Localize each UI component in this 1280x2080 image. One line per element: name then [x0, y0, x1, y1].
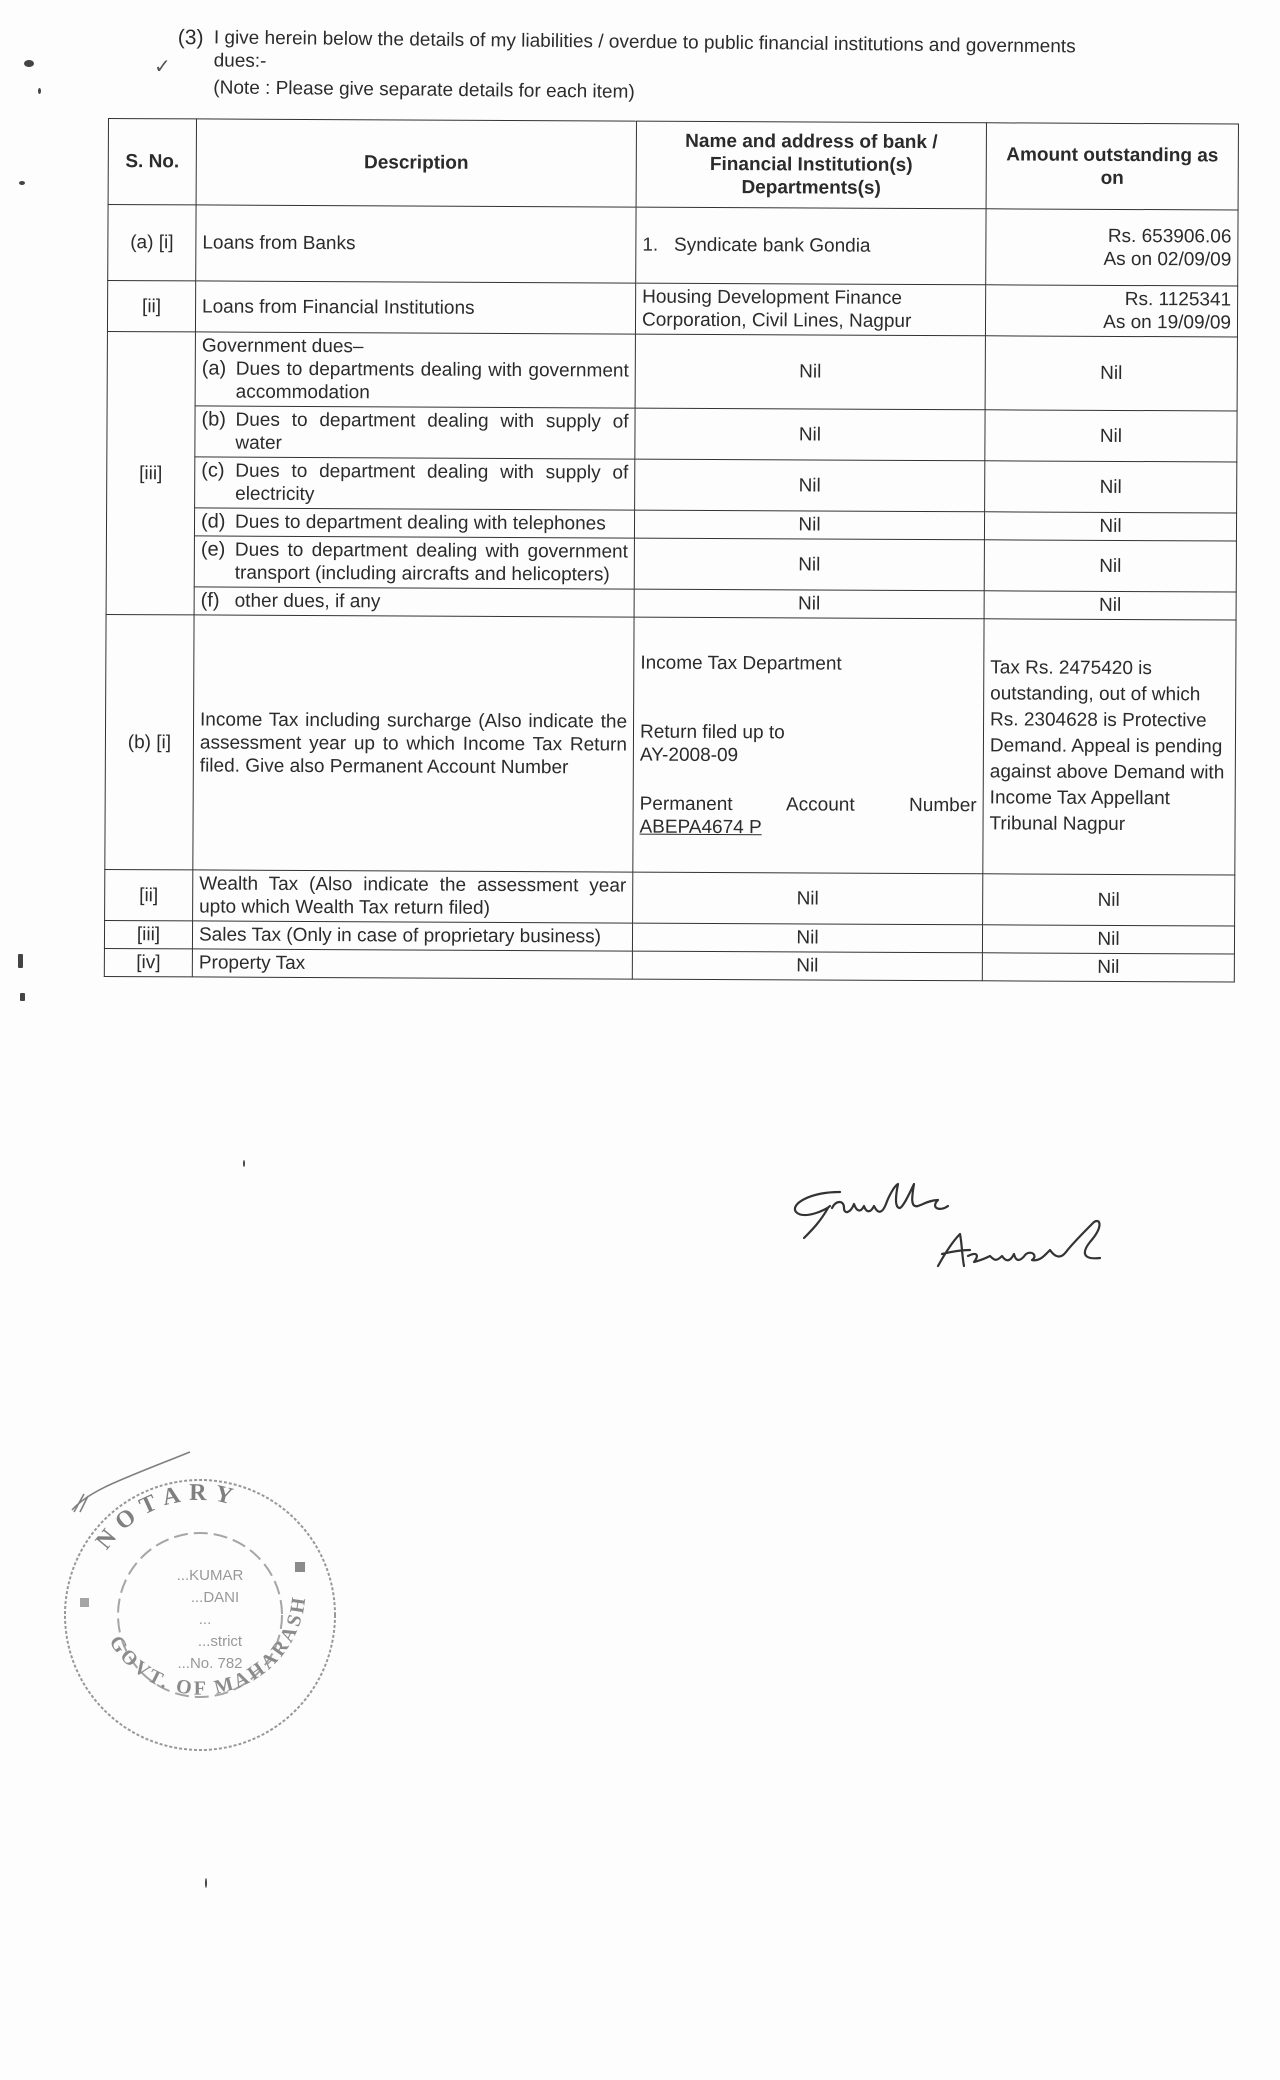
row-institution: Nil: [634, 589, 984, 619]
notary-stamp: NOTARY GOVT. OF MAHARASHTRA ...KUMAR ...…: [50, 1450, 350, 1760]
header-institution: Name and address of bank / Financial Ins…: [636, 121, 986, 209]
sub-item-text: Dues to department dealing with telephon…: [235, 511, 628, 536]
section-number: (3): [178, 26, 204, 49]
sub-item-label: (b): [201, 408, 235, 454]
institution-name: Income Tax Department: [640, 651, 977, 676]
return-filed-label: Return filed up to: [640, 720, 977, 745]
pan-value: ABEPA4674 P: [639, 815, 976, 840]
sub-item-text: Dues to department dealing with supply o…: [235, 460, 628, 508]
row-sno: [iii]: [106, 331, 195, 614]
sub-item-text: Dues to department dealing with governme…: [235, 539, 628, 587]
notary-seal-icon: NOTARY GOVT. OF MAHARASHTRA ...KUMAR ...…: [50, 1450, 350, 1760]
amount-value: Rs. 653906.06: [992, 224, 1231, 248]
table-row: (b) [i] Income Tax including surcharge (…: [105, 614, 1236, 875]
row-institution: Nil: [635, 459, 985, 512]
row-description: Income Tax including surcharge (Also ind…: [193, 615, 634, 872]
return-filed-value: AY-2008-09: [640, 743, 977, 768]
row-institution: Nil: [633, 872, 983, 925]
table-row: (b) Dues to department dealing with supp…: [107, 405, 1237, 462]
liabilities-table-wrapper: S. No. Description Name and address of b…: [104, 118, 1238, 983]
stamp-inner-line: ...KUMAR: [177, 1567, 244, 1584]
stamp-top-text: NOTARY: [91, 1480, 243, 1555]
row-institution: Nil: [632, 923, 982, 953]
govt-sub-item: (b) Dues to department dealing with supp…: [201, 408, 628, 456]
row-amount: Nil: [985, 410, 1237, 462]
intro-paragraph: (3) I give herein below the details of m…: [177, 26, 1238, 110]
amount-value: Rs. 1125341: [992, 287, 1231, 311]
table-header-row: S. No. Description Name and address of b…: [108, 119, 1238, 211]
stamp-inner-line: ...DANI: [191, 1589, 239, 1606]
row-amount: Nil: [984, 591, 1236, 620]
sub-item-label: (e): [201, 538, 235, 584]
amount-as-on: As on 19/09/09: [992, 310, 1231, 334]
sub-item-label: (f): [201, 589, 235, 612]
row-sno: [iv]: [104, 948, 192, 976]
govt-sub-item: (d) Dues to department dealing with tele…: [201, 510, 628, 535]
sub-item-text: other dues, if any: [235, 590, 628, 615]
amount-as-on: As on 02/09/09: [992, 247, 1231, 271]
row-description: (f) other dues, if any: [194, 587, 634, 617]
row-amount: Nil: [984, 540, 1236, 592]
row-institution: Nil: [635, 334, 985, 410]
scanned-page: ✓ (3) I give herein below the details of…: [0, 0, 1280, 2080]
header-sno: S. No.: [108, 119, 196, 205]
stamp-inner-line: ...No. 782: [177, 1655, 242, 1672]
govt-sub-item: (f) other dues, if any: [201, 589, 628, 614]
row-amount: Nil: [982, 953, 1234, 982]
pan-label: Permanent Account Number: [640, 792, 977, 817]
row-amount: Nil: [985, 461, 1237, 513]
row-description: (e) Dues to department dealing with gove…: [194, 536, 634, 589]
row-description: Government dues– (a) Dues to departments…: [195, 332, 635, 408]
sub-item-label: (d): [201, 510, 235, 533]
sub-item-text: Dues to department dealing with supply o…: [235, 409, 628, 457]
table-row: [ii] Loans from Financial Institutions H…: [107, 281, 1237, 338]
table-row: [iii] Government dues– (a) Dues to depar…: [107, 331, 1237, 411]
row-description: Wealth Tax (Also indicate the assessment…: [193, 870, 633, 923]
govt-sub-item: (a) Dues to departments dealing with gov…: [202, 357, 629, 405]
sub-item-text: Dues to departments dealing with governm…: [236, 358, 629, 406]
svg-text:NOTARY: NOTARY: [91, 1480, 243, 1555]
row-description: Sales Tax (Only in case of proprietary b…: [192, 921, 632, 951]
table-row: [ii] Wealth Tax (Also indicate the asses…: [105, 869, 1235, 926]
row-sno: [iii]: [104, 920, 192, 948]
table-row: [iv] Property Tax Nil Nil: [104, 948, 1234, 982]
row-sno: (a) [i]: [108, 205, 196, 281]
row-institution: Nil: [634, 510, 984, 540]
signature: [770, 1170, 1170, 1300]
row-amount: Nil: [982, 925, 1234, 954]
row-description: Loans from Banks: [196, 205, 636, 283]
row-institution: Nil: [632, 951, 982, 981]
row-institution: Nil: [634, 538, 984, 591]
row-description: (b) Dues to department dealing with supp…: [195, 406, 635, 459]
row-description: (c) Dues to department dealing with supp…: [195, 457, 635, 510]
row-institution: 1. Syndicate bank Gondia: [636, 207, 986, 285]
govt-dues-heading: Government dues–: [202, 334, 629, 359]
row-sno: [ii]: [107, 281, 195, 332]
liabilities-table: S. No. Description Name and address of b…: [104, 118, 1239, 983]
stamp-inner-line: ...strict: [198, 1633, 243, 1650]
signature-strokes-icon: [770, 1170, 1170, 1300]
row-description: (d) Dues to department dealing with tele…: [194, 508, 634, 538]
sub-item-label: (c): [201, 459, 235, 505]
row-amount: Nil: [984, 512, 1236, 541]
row-amount: Nil: [983, 874, 1235, 926]
table-row: (a) [i] Loans from Banks 1. Syndicate ba…: [108, 205, 1238, 287]
stamp-inner-line: ...: [199, 1611, 212, 1628]
sub-item-label: (a): [202, 357, 236, 403]
row-institution: Income Tax Department Return filed up to…: [633, 617, 984, 874]
header-description: Description: [196, 119, 636, 207]
checkmark-icon: ✓: [154, 54, 171, 79]
row-amount: Rs. 1125341 As on 19/09/09: [985, 285, 1237, 337]
header-amount: Amount outstanding as on: [986, 123, 1238, 210]
table-row: (c) Dues to department dealing with supp…: [107, 456, 1237, 513]
table-row: (e) Dues to department dealing with gove…: [106, 535, 1236, 592]
row-amount: Nil: [985, 336, 1237, 411]
row-sno: [ii]: [105, 869, 193, 920]
row-institution: Housing Development Finance Corporation,…: [635, 283, 985, 336]
row-sno: (b) [i]: [105, 614, 194, 869]
govt-sub-item: (e) Dues to department dealing with gove…: [201, 538, 628, 586]
row-amount: Tax Rs. 2475420 is outstanding, out of w…: [983, 619, 1236, 875]
govt-sub-item: (c) Dues to department dealing with supp…: [201, 459, 628, 507]
row-description: Loans from Financial Institutions: [195, 281, 635, 334]
row-institution: Nil: [635, 408, 985, 461]
row-description: Property Tax: [192, 949, 632, 979]
row-amount: Rs. 653906.06 As on 02/09/09: [986, 209, 1238, 286]
